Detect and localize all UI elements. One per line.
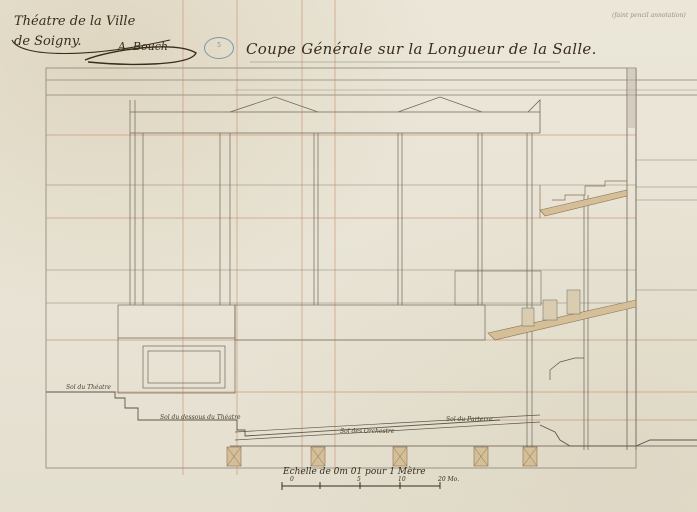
drawing-sheet: Théatre de la Ville de Soigny. A. Bouch … [0,0,697,512]
scale-tick-5: 5 [357,476,361,483]
label-orchestra: Sol des Orchestre [340,428,394,435]
title-block-line1: Théatre de la Ville [14,14,135,29]
drawing-title: Coupe Générale sur la Longueur de la Sal… [246,40,597,58]
title-block-line2: de Soigny. [14,34,81,49]
section-drawing [0,0,697,512]
archive-stamp: 5 [204,37,234,59]
corner-note: (faint pencil annotation) [612,12,686,19]
scale-tick-0: 0 [290,476,294,483]
scale-tick-10: 10 [398,476,406,483]
label-stage-floor: Sol du Théatre [66,384,111,391]
architect-signature: A. Bouch [118,40,168,53]
label-under-stage: Sol du dessous du Théatre [160,414,241,421]
stamp-number: 5 [217,42,221,49]
label-parterre: Sol du Parterre [446,416,493,423]
scale-tick-20: 20 Mo. [438,476,459,483]
